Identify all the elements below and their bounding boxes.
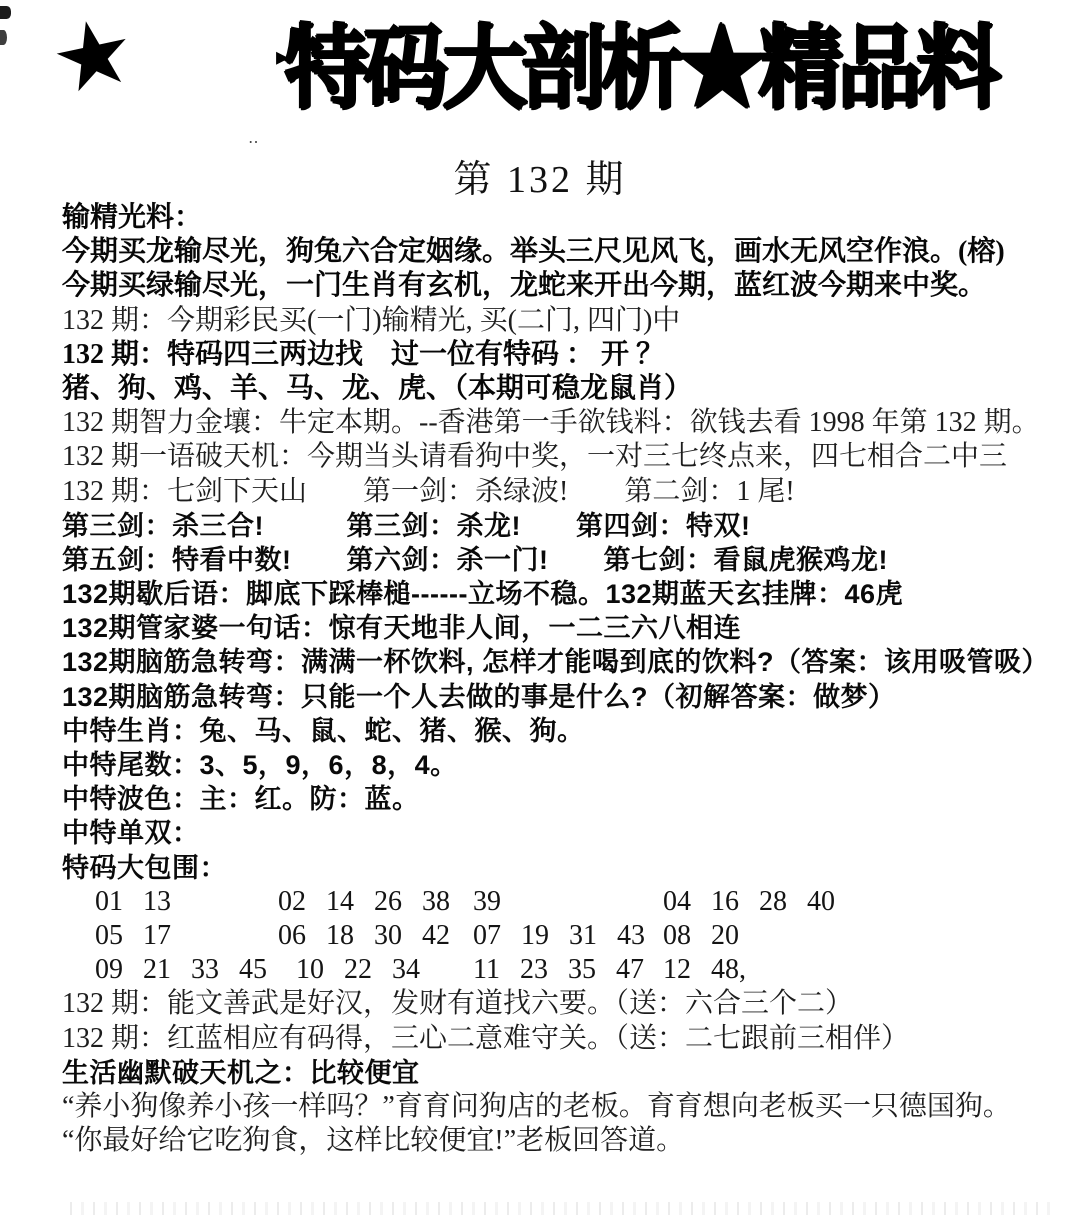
text-line: 今期买绿输尽光，一门生肖有玄机，龙蛇来开出今期，蓝红波今期来中奖。 [62,269,1052,303]
text-line: 132 期智力金壤：牛定本期。--香港第一手欲钱料：欲钱去看 1998 年第 1… [62,406,1052,440]
grid-row: 01 13 02 14 26 38 39 04 16 28 40 [62,885,1052,919]
text-line: 132期脑筋急转弯：满满一杯饮料, 怎样才能喝到底的饮料?（答案：该用吸管吸） [62,645,1052,679]
grid-cell: 02 14 26 38 [278,885,473,919]
grid-cell: 01 13 [95,885,278,919]
text-line: 今期买龙输尽光，狗兔六合定姻缘。举头三尺见风飞，画水无风空作浪。(榕) [62,235,1052,269]
text-line: 中特生肖：兔、马、鼠、蛇、猪、猴、狗。 [62,714,1052,748]
text-line: 132 期：红蓝相应有码得，三心二意难守关。（送：二七跟前三相伴） [62,1022,1052,1056]
grid-cell: 04 16 28 40 [663,885,1052,919]
text-line: “养小狗像养小孩一样吗？”育育问狗店的老板。育育想向老板买一只德国狗。 [62,1090,1052,1124]
document-page: ★ ▸ 特码大剖析★精品料 ‥ 第 132 期 输精光料： 今期买龙输尽光，狗兔… [0,0,1080,1219]
text-line: 132 期：能文善武是好汉，发财有道找六要。（送：六合三个二） [62,987,1052,1021]
grid-cell: 05 17 [95,919,278,953]
text-line: “你最好给它吃狗食，这样比较便宜!”老板回答道。 [62,1124,1052,1158]
text-line: 输精光料： [62,201,1052,235]
dots-artifact: ‥ [248,128,261,148]
text-line: 中特单双： [62,816,1052,850]
page-title: 特码大剖析★精品料 [284,14,995,121]
grid-cell: 06 18 30 42 [278,919,473,953]
text-line: 132期歇后语：脚底下踩棒槌------立场不稳。132期蓝天玄挂牌：46虎 [62,577,1052,611]
body-text: 输精光料： 今期买龙输尽光，狗兔六合定姻缘。举头三尺见风飞，画水无风空作浪。(榕… [62,201,1052,1158]
text-line: 132 期：今期彩民买(一门)输精光, 买(二门, 四门)中 [62,304,1052,338]
text-line: 中特波色：主：红。防：蓝。 [62,782,1052,816]
text-line: 132期管家婆一句话：惊有天地非人间，一二三六八相连 [62,611,1052,645]
text-line: 132 期一语破天机：今期当头请看狗中奖，一对三七终点来，四七相合二中三 [62,440,1052,474]
text-line: 特码大包围： [62,851,1052,885]
scan-speck [0,30,7,45]
grid-cell: 11 23 35 47 [473,953,663,987]
text-line: 猪、狗、鸡、羊、马、龙、虎、（本期可稳龙鼠肖） [62,372,1052,406]
text-line: 132 期：七剑下天山 第一剑：杀绿波! 第二剑：1 尾! [62,475,1052,509]
text-line: 第五剑：特看中数! 第六剑：杀一门! 第七剑：看鼠虎猴鸡龙! [62,543,1052,577]
text-line: 生活幽默破天机之：比较便宜 [62,1056,1052,1090]
grid-cell: 07 19 31 43 [473,919,663,953]
grid-row: 05 17 06 18 30 42 07 19 31 43 08 20 [62,919,1052,953]
issue-heading: 第 132 期 [0,148,1080,203]
numbers-grid: 01 13 02 14 26 38 39 04 16 28 40 05 17 0… [62,885,1052,988]
scan-noise-strip [70,1202,1050,1215]
text-line: 中特尾数：3、5，9，6，8，4。 [62,748,1052,782]
star-icon: ★ [43,2,143,109]
grid-cell: 12 48, [663,953,1052,987]
text-line: 第三剑：杀三合! 第三剑：杀龙! 第四剑：特双! [62,509,1052,543]
grid-cell: 10 22 34 [278,953,473,987]
grid-cell: 39 [473,885,663,919]
grid-cell: 08 20 [663,919,1052,953]
text-line: 132 期：特码四三两边找 过一位有特码 ： 开 ？ [62,338,1052,372]
grid-row: 09 21 33 45 10 22 34 11 23 35 47 12 48, [62,953,1052,987]
scan-speck [0,6,11,19]
grid-cell: 09 21 33 45 [95,953,278,987]
text-line: 132期脑筋急转弯：只能一个人去做的事是什么?（初解答案：做梦） [62,680,1052,714]
